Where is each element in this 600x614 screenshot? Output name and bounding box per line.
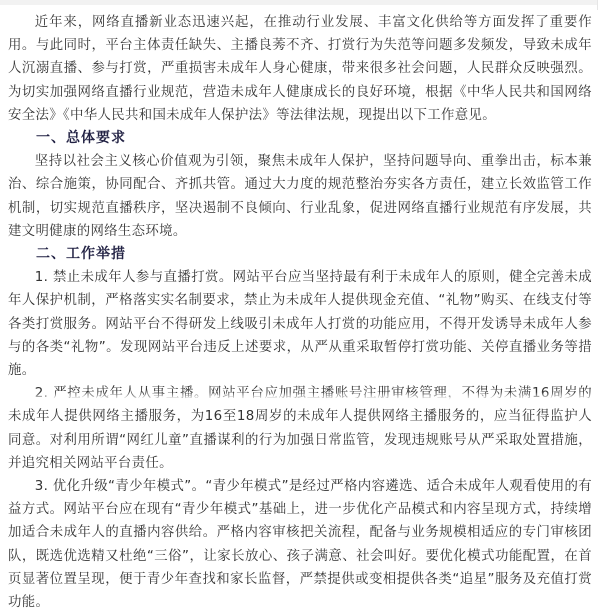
section-heading-work-measures: 二、工作举措 [8,243,592,266]
intro-paragraph: 近年来，网络直播新业态迅速兴起，在推动行业发展、丰富文化供给等方面发挥了重要作用… [8,11,592,127]
article-body: 近年来，网络直播新业态迅速兴起，在推动行业发展、丰富文化供给等方面发挥了重要作用… [8,11,592,400]
general-requirements-paragraph: 坚持以社会主义核心价值观为引领，聚焦未成年人保护，坚持问题导向、重拳出击，标本兼… [8,150,592,243]
section-heading-general-requirements: 一、总体要求 [8,127,592,150]
measure-item-1: 1. 禁止未成年人参与直播打赏。网站平台应当坚持最有利于未成年人的原则，健全完善… [8,266,592,382]
top-band [0,0,598,5]
right-border [597,0,598,10]
bottom-fade [0,392,600,400]
